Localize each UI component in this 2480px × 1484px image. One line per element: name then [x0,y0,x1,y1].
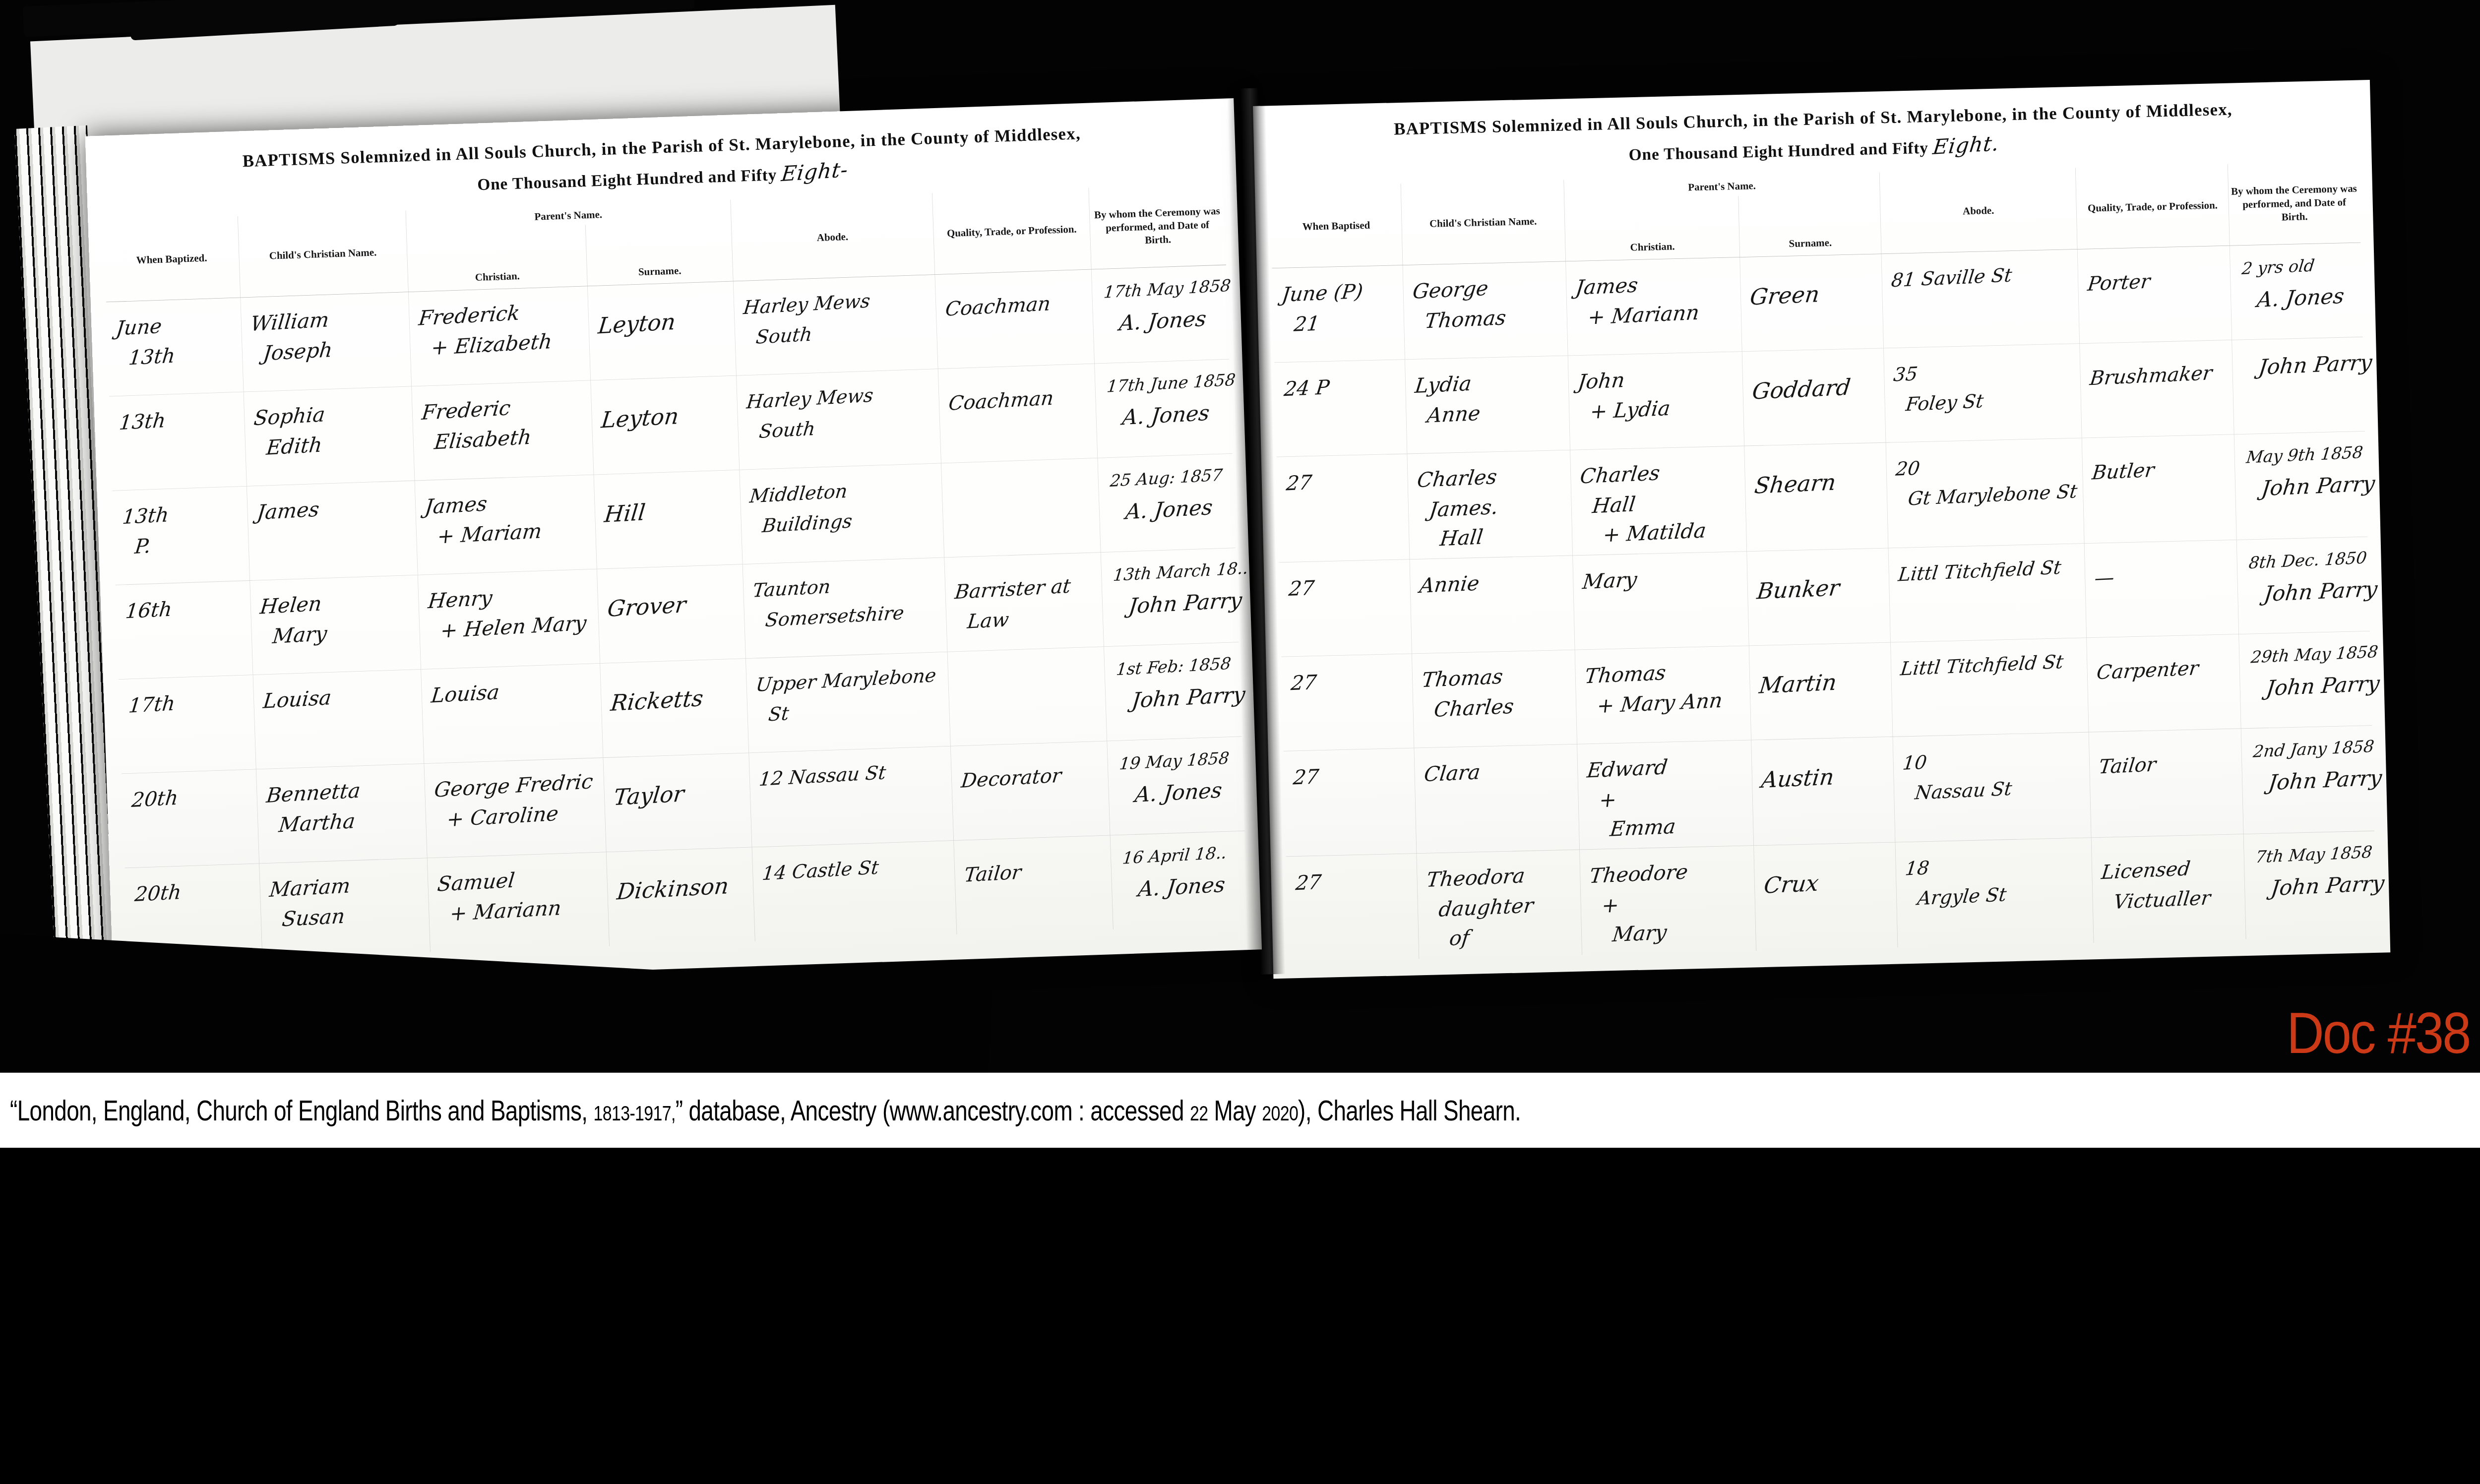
cell-when: June13th [106,298,244,396]
handwritten-entry: + Lydia [1588,388,1744,429]
cell-when: 27 [1286,854,1419,962]
cell-christian: Thomas+ Mary Ann [1575,646,1752,744]
cell-trade: Barrister atLaw [944,553,1104,652]
cell-surname: Dickinson [607,847,755,946]
table-body: June13thWilliamJosephFrederick+ Elizabet… [106,265,1248,962]
minister-signature: A. Jones [1133,771,1244,812]
handwritten-entry: 20th [130,777,257,817]
cell-child: James [247,481,418,580]
handwritten-entry: Hall [1438,516,1573,556]
minister-signature: A. Jones [1121,394,1232,435]
cell-child: SophiaEdith [244,386,415,486]
handwritten-entry: of [1447,916,1582,956]
handwritten-entry: Ricketts [609,679,747,720]
cell-surname: Goddard [1742,348,1886,445]
minister-signature: John Parry [2260,466,2367,506]
cell-surname: Bunker [1747,548,1891,645]
handwritten-entry: Brushmaker [2088,356,2233,396]
cell-ceremony: 7th May 1858John Parry [2244,831,2377,939]
handwritten-entry: Hill [603,490,741,531]
cell-trade: Coachman [938,364,1098,463]
cell-abode: Harley MewsSouth [733,275,938,375]
handwritten-entry: + Mary Ann [1595,682,1751,723]
cell-surname: Austin [1751,737,1895,846]
handwritten-entry: 13th [118,399,245,440]
cell-child: GeorgeThomas [1403,261,1568,359]
cell-child: ThomasCharles [1412,650,1577,748]
cell-trade: Tailor [954,835,1114,934]
col-when-baptized: When Baptized. [103,216,240,302]
handwritten-entry: Emma [1608,806,1754,847]
handwritten-entry: Mary [1611,912,1756,952]
date-of-birth: 7th May 1858 [2254,839,2375,871]
cell-child: Louisa [253,670,424,769]
handwritten-entry: Gt Marylebone St [1906,474,2084,516]
handwritten-entry: Martin [1757,663,1892,702]
handwritten-entry: Dickinson [615,867,753,909]
handwritten-entry: Louisa [430,670,602,713]
handwritten-entry: Decorator [959,756,1109,798]
handwritten-entry: 17th [127,682,254,723]
cell-ceremony: 16 April 18..A. Jones [1111,831,1248,929]
handwritten-year: Eight- [780,157,849,186]
col-parents-name-group: Parent's Name. Christian. Surname. [406,200,733,292]
cell-abode: Littl Titchfield St [1891,638,2089,737]
cell-abode: Harley MewsSouth [737,369,941,470]
cell-ceremony: 8th Dec. 1850John Parry [2237,537,2370,634]
handwritten-entry: — [2093,556,2238,596]
cell-abode: 10Nassau St [1893,732,2092,842]
cell-trade: Coachman [935,269,1095,369]
handwritten-entry: 12 Nassau St [757,752,952,797]
handwritten-year: Eight. [1931,131,2000,159]
cell-christian: John+ Lydia [1568,352,1745,450]
scanned-register-photo: BAPTISMS Solemnized in All Souls Church,… [0,0,2480,1148]
cell-child: Theodoradaughterof [1417,850,1582,959]
handwritten-entry: 27 [1289,661,1413,700]
cell-christian: Edward+Emma [1577,740,1754,849]
handwritten-entry: Louisa [261,676,422,718]
cell-abode: 35Foley St [1884,344,2082,442]
cell-when: 13th [109,392,247,490]
handwritten-entry: Anne [1425,393,1570,433]
date-of-birth: 8th Dec. 1850 [2247,545,2368,577]
cell-ceremony: 29th May 1858John Parry [2239,631,2372,729]
handwritten-entry: Austin [1760,757,1894,797]
col-when-baptized: When Baptised [1270,184,1403,268]
cell-surname: Hill [594,470,743,569]
minister-signature: A. Jones [1124,488,1235,529]
cell-surname: Shearn [1744,443,1888,552]
cell-ceremony: 2nd Jany 1858John Parry [2241,726,2374,834]
handwritten-entry: + Mariann [1586,294,1742,335]
cell-christian: Henry+ Helen Mary [418,569,600,669]
col-parents-name-group: Parent's Name. Christian. Surname. [1564,172,1881,261]
handwritten-entry: Grover [606,585,744,626]
minister-signature: John Parry [2257,345,2364,385]
cell-christian: CharlesHall+ Matilda [1570,446,1747,555]
right-register-page: BAPTISMS Solemnized in All Souls Church,… [1253,80,2390,979]
col-quality-trade: Quality, Trade, or Profession. [932,188,1092,274]
cell-trade: Butler [2082,434,2237,543]
handwritten-entry: Clara [1422,751,1578,792]
cell-trade: Decorator [950,741,1110,840]
handwritten-entry: 27 [1287,567,1411,606]
handwritten-entry: 14 Castle St [760,847,955,891]
col-parent-christian: Christian. [406,225,587,292]
handwritten-entry: Shearn [1753,463,1887,502]
handwritten-entry: 27 [1292,756,1415,795]
cell-christian: FredericElisabeth [412,380,594,480]
minister-signature: John Parry [1130,677,1241,718]
cell-abode: Upper MaryleboneSt [746,652,951,753]
cell-when: 13thP. [112,487,249,585]
cell-child: MariamSusan [259,858,431,958]
cell-trade: Brushmaker [2080,340,2234,438]
handwritten-entry: Goddard [1750,369,1885,408]
cell-surname: Leyton [588,281,737,380]
cell-abode: Littl Titchfield St [1889,544,2087,642]
date-of-birth: 2nd Jany 1858 [2252,733,2373,765]
cell-when: 27 [1279,559,1412,657]
handwritten-entry: Charles [1432,687,1577,727]
handwritten-entry: Thomas [1423,299,1568,339]
cell-ceremony: John Parry [2232,337,2365,434]
cell-trade: Porter [2078,246,2232,344]
handwritten-entry: Green [1748,274,1883,314]
cell-when: 24 P [1274,360,1407,457]
cell-christian: George Fredric+ Caroline [424,758,607,858]
doc-number-label: Doc #38 [2287,1000,2470,1067]
col-quality-trade: Quality, Trade, or Profession. [2076,164,2230,249]
source-citation: “London, England, Church of England Birt… [10,1094,1521,1127]
minister-signature: John Parry [2267,760,2374,801]
minister-signature: John Parry [1127,583,1238,624]
handwritten-entry: Crux [1762,863,1897,902]
cell-trade: LicensedVictualler [2092,834,2246,943]
minister-signature: John Parry [2269,866,2376,906]
cell-surname: Ricketts [600,659,749,757]
col-parent-surname: Surname. [1738,192,1881,257]
handwritten-entry: Porter [2086,261,2231,302]
handwritten-entry: Foley St [1904,380,2082,422]
date-of-birth: May 9th 1858 [2245,439,2366,471]
handwritten-entry: 20th [133,871,260,912]
handwritten-entry: Carpenter [2095,650,2240,690]
handwritten-entry: + Matilda [1601,512,1747,553]
cell-when: 17th [119,675,256,773]
register-title: BAPTISMS Solemnized in All Souls Church,… [1269,96,2358,174]
cell-surname: Taylor [603,753,752,852]
left-register-page: BAPTISMS Solemnized in All Souls Church,… [85,98,1262,988]
handwritten-entry: 13th [127,335,243,375]
cell-ceremony: May 9th 1858John Parry [2234,432,2367,540]
col-parent-surname: Surname. [585,220,733,286]
minister-signature: John Parry [2262,571,2369,612]
handwritten-entry: Tailor [962,851,1112,892]
cell-ceremony: 2 yrs oldA. Jones [2230,243,2363,340]
citation-bar: “London, England, Church of England Birt… [0,1073,2480,1148]
cell-ceremony: 13th March 18..John Parry [1101,548,1239,646]
cell-ceremony: 19 May 1858A. Jones [1108,737,1245,835]
handwritten-entry: P. [133,524,248,564]
cell-when: 16th [116,581,253,679]
handwritten-entry: Littl Titchfield St [1897,550,2086,592]
col-childs-name: Child's Christian Name. [1401,180,1566,265]
baptism-table-right: When Baptised Child's Christian Name. Pa… [1270,161,2377,962]
date-of-birth: 29th May 1858 [2250,639,2371,671]
minister-signature: John Parry [2264,666,2371,706]
handwritten-entry: Tailor [2097,744,2242,784]
handwritten-entry: Littl Titchfield St [1899,644,2088,686]
handwritten-entry: Butler [2090,450,2235,490]
cell-when: 20th [122,769,259,867]
handwritten-entry: Nassau St [1913,769,2091,810]
baptism-table-left: When Baptized. Child's Christian Name. P… [103,184,1248,962]
col-by-whom: By whom the Ceremony was performed, and … [1089,184,1226,269]
cell-surname: Green [1740,254,1884,351]
cell-surname: Martin [1749,643,1893,740]
cell-child: Clara [1414,744,1580,854]
cell-abode: 81 Saville St [1882,249,2080,348]
handwritten-entry: 81 Saville St [1890,255,2079,298]
cell-trade [941,458,1101,557]
handwritten-entry: 21 [1292,303,1404,342]
cell-abode: 14 Castle St [752,841,957,941]
table-body: June (P)21GeorgeThomasJames+ MariannGree… [1272,243,2377,962]
handwritten-entry: 24 P [1282,367,1406,406]
cell-when: 27 [1277,454,1410,562]
cell-christian: Samuel+ Mariann [427,852,610,952]
cell-trade: Carpenter [2087,634,2241,732]
cell-abode: TauntonSomersetshire [743,557,947,658]
cell-ceremony: 17th May 1858A. Jones [1092,265,1229,363]
col-parent-christian: Christian. [1564,196,1740,261]
cell-abode: MiddletonBuildings [740,463,944,564]
cell-child: WilliamJoseph [241,292,412,392]
handwritten-entry: Mary [1581,558,1748,599]
handwritten-entry: Coachman [943,285,1093,326]
cell-when: June (P)21 [1272,265,1405,363]
handwritten-entry: 27 [1294,861,1418,900]
cell-child: Annie [1410,556,1575,653]
handwritten-entry: Coachman [947,379,1097,421]
col-abode: Abode. [1880,168,2078,253]
col-by-whom: By whom the Ceremony was performed, and … [2228,161,2360,246]
cell-child: CharlesJames.Hall [1407,450,1573,559]
handwritten-entry: Bunker [1755,568,1890,608]
cell-child: LydiaAnne [1405,356,1570,453]
handwritten-entry: Taylor [612,773,750,814]
cell-abode: 18Argyle St [1896,838,2094,947]
cell-trade [947,647,1107,746]
col-childs-name: Child's Christian Name. [238,210,408,297]
cell-surname: Leyton [591,376,740,475]
col-abode: Abode. [731,193,935,281]
handwritten-entry: James [255,488,416,530]
date-of-birth: 2 yrs old [2240,250,2361,283]
cell-surname: Crux [1754,842,1898,951]
cell-ceremony: 1st Feb: 1858John Parry [1104,642,1241,741]
cell-trade: Tailor [2089,729,2244,837]
cell-christian: Frederick+ Elizabeth [408,286,591,386]
cell-surname: Grover [597,564,746,663]
handwritten-entry: Victualler [2112,880,2246,920]
handwritten-entry: Annie [1418,562,1574,603]
cell-abode: 12 Nassau St [749,746,954,847]
cell-child: HelenMary [250,575,421,675]
cell-christian: Louisa [421,664,604,763]
minister-signature: A. Jones [1117,300,1228,341]
cell-abode: 20Gt Marylebone St [1886,438,2085,548]
cell-when: 27 [1284,748,1417,856]
handwritten-entry: Law [965,598,1103,639]
register-title-line2: One Thousand Eight Hundred and Fifty [477,166,777,194]
handwritten-entry: Leyton [600,396,738,437]
cell-when: 27 [1281,654,1414,751]
register-title-line2: One Thousand Eight Hundred and Fifty [1628,139,1928,164]
cell-christian: Theodore+Mary [1580,846,1756,955]
handwritten-entry: Argyle St [1916,874,2093,916]
cell-christian: James+ Mariam [415,475,597,574]
cell-christian: Mary [1573,552,1749,650]
handwritten-entry: 16th [124,588,251,629]
minister-signature: A. Jones [1136,866,1247,907]
minister-signature: A. Jones [2255,277,2362,317]
cell-ceremony: 25 Aug: 1857A. Jones [1098,454,1236,552]
cell-ceremony: 17th June 1858A. Jones [1095,360,1232,458]
cell-trade: — [2085,540,2239,638]
cell-christian: James+ Mariann [1566,257,1742,356]
cell-child: BennettaMartha [256,764,427,864]
handwritten-entry: 27 [1285,461,1408,500]
handwritten-entry: Leyton [596,302,735,343]
